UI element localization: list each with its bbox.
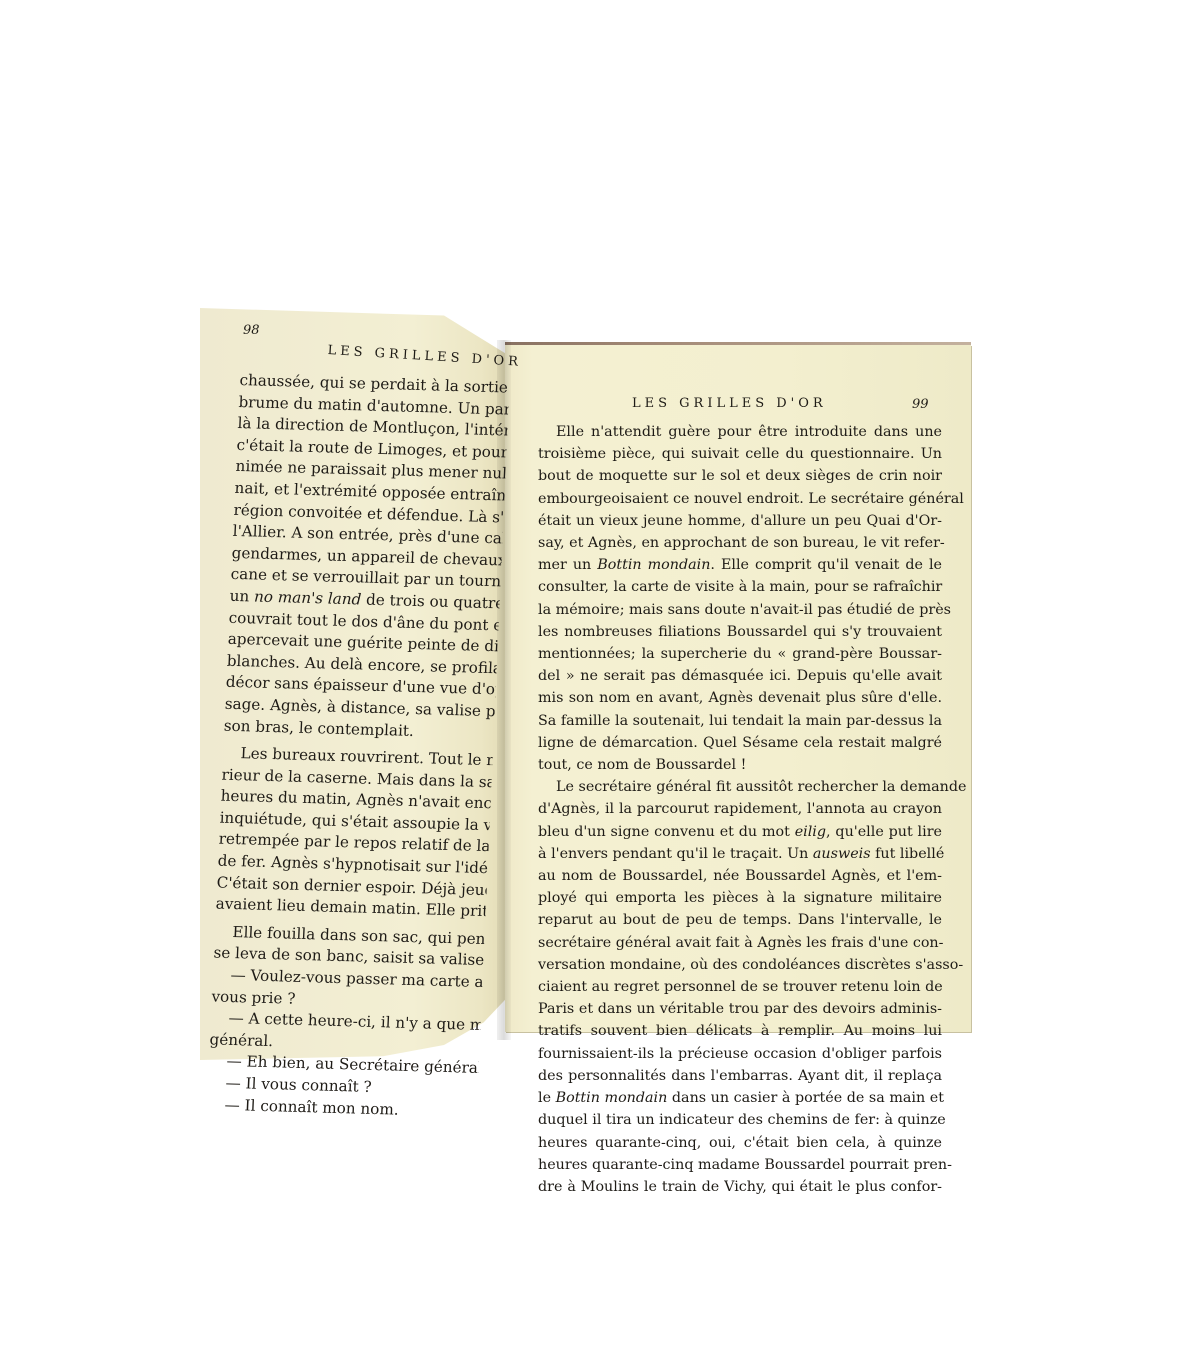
text-line: mer un Bottin mondain. Elle comprit qu'i…: [538, 554, 942, 576]
right-running-head: LES GRILLES D'OR: [632, 396, 827, 411]
open-book: 98 LES GRILLES D'OR chaussée, qui se per…: [0, 0, 1200, 1372]
text-line: était un vieux jeune homme, d'allure un …: [538, 510, 942, 532]
text-line: secrétaire général avait fait à Agnès le…: [538, 932, 942, 954]
text-line: la mémoire; mais sans doute n'avait-il p…: [538, 599, 942, 621]
text-line: consulter, la carte de visite à la main,…: [538, 576, 942, 598]
text-line: Elle n'attendit guère pour être introdui…: [538, 421, 942, 443]
text-line: del » ne serait pas démasquée ici. Depui…: [538, 665, 942, 687]
text-line: reparut au bout de peu de temps. Dans l'…: [538, 909, 942, 931]
text-line: versation mondaine, où des condoléances …: [538, 954, 942, 976]
italic-phrase: Bottin mondain: [556, 1090, 668, 1106]
text-line: le Bottin mondain dans un casier à porté…: [538, 1087, 942, 1109]
text-line: duquel il tira un indicateur des chemins…: [538, 1109, 942, 1131]
italic-phrase: Bottin mondain: [597, 557, 710, 573]
text-line: d'Agnès, il la parcourut rapidement, l'a…: [538, 798, 942, 820]
italic-phrase: ausweis: [813, 846, 871, 862]
text-line: fournissaient-ils la précieuse occasion …: [538, 1043, 942, 1065]
text-line: bout de moquette sur le sol et deux sièg…: [538, 465, 942, 487]
text-line: bleu d'un signe convenu et du mot eilig,…: [538, 821, 942, 843]
text-line: ligne de démarcation. Quel Sésame cela r…: [538, 732, 942, 754]
text-line: heures quarante-cinq madame Boussardel p…: [538, 1154, 942, 1176]
text-line: les nombreuses filiations Boussardel qui…: [538, 621, 942, 643]
left-page-text: chaussée, qui se perdait à la sortie du …: [206, 370, 510, 1123]
text-line: ciaient au regret personnel de se trouve…: [538, 976, 942, 998]
text-line: heures quarante-cinq, oui, c'était bien …: [538, 1132, 942, 1154]
text-line: embourgeoisaient ce nouvel endroit. Le s…: [538, 488, 942, 510]
right-page-text: Elle n'attendit guère pour être introdui…: [538, 421, 942, 1198]
text-line: ployé qui emporta les pièces à la signat…: [538, 887, 942, 909]
text-line: mentionnées; la supercherie du « grand-p…: [538, 643, 942, 665]
text-line: mis son nom en avant, Agnès devenait plu…: [538, 687, 942, 709]
text-line: à l'envers pendant qu'il le traçait. Un …: [538, 843, 942, 865]
text-line: des personnalités dans l'embarras. Ayant…: [538, 1065, 942, 1087]
text-line: tout, ce nom de Boussardel !: [538, 754, 942, 776]
text-line: au nom de Boussardel, née Boussardel Agn…: [538, 865, 942, 887]
text-line: Le secrétaire général fit aussitôt reche…: [538, 776, 942, 798]
text-line: troisième pièce, qui suivait celle du qu…: [538, 443, 942, 465]
italic-phrase: eilig: [795, 824, 826, 840]
text-line: Paris et dans un véritable trou par des …: [538, 998, 942, 1020]
text-line: say, et Agnès, en approchant de son bure…: [538, 532, 942, 554]
right-page-number: 99: [912, 397, 929, 412]
italic-phrase: no man's land: [254, 587, 362, 608]
text-line: tratifs souvent bien délicats à remplir.…: [538, 1020, 942, 1042]
left-page-number: 98: [243, 323, 260, 338]
text-line: dre à Moulins le train de Vichy, qui éta…: [538, 1176, 942, 1198]
text-line: Sa famille la soutenait, lui tendait la …: [538, 710, 942, 732]
